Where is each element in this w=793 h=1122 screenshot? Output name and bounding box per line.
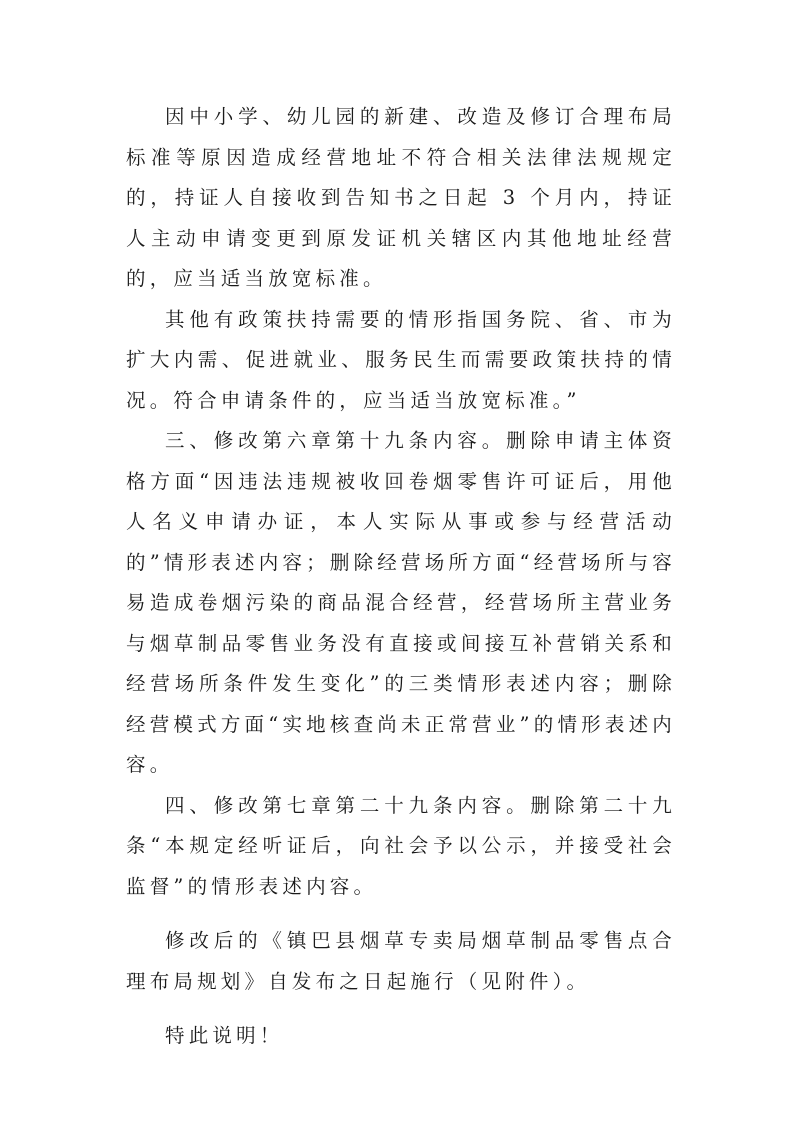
paragraph-amendment-four: 四、修改第七章第二十九条内容。删除第二十九条“本规定经听证后，向社会予以公示，并… [126, 786, 676, 908]
paragraph-closing: 特此说明！ [126, 1016, 676, 1057]
paragraph-policy-support: 其他有政策扶持需要的情形指国务院、省、市为扩大内需、促进就业、服务民生而需要政策… [126, 300, 676, 422]
paragraph-amendment-three: 三、修改第六章第十九条内容。删除申请主体资格方面“因违法违规被收回卷烟零售许可证… [126, 421, 676, 786]
paragraph-effective-date: 修改后的《镇巴县烟草专卖局烟草制品零售点合理布局规划》自发布之日起施行（见附件）… [126, 921, 676, 1002]
paragraph-school-relocation: 因中小学、幼儿园的新建、改造及修订合理布局标准等原因造成经营地址不符合相关法律法… [126, 97, 676, 300]
document-page: 因中小学、幼儿园的新建、改造及修订合理布局标准等原因造成经营地址不符合相关法律法… [126, 97, 676, 1057]
